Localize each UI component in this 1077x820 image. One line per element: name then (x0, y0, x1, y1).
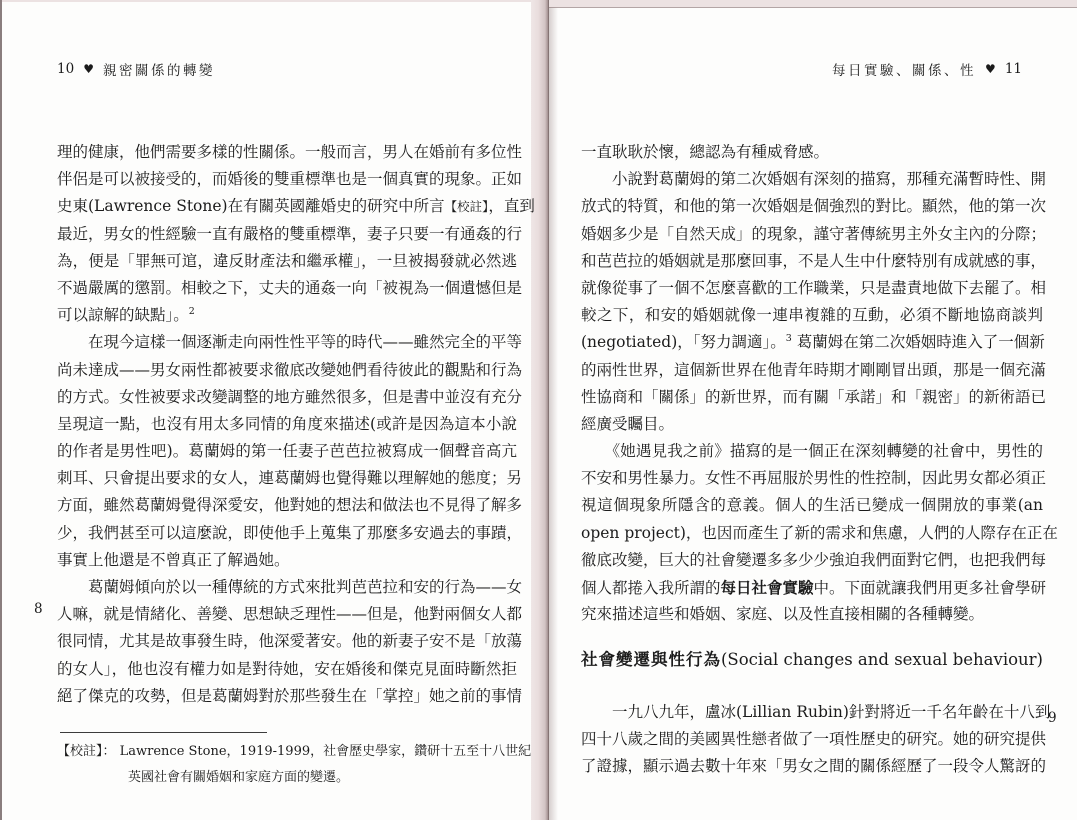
page-gutter (531, 0, 549, 820)
text-line: 小說對葛蘭姆的第二次婚姻有深刻的描寫，那種充滿暫時性、開 (581, 166, 1043, 193)
text-line: 刺耳、只會提出要求的女人，連葛蘭姆也覺得難以理解她的態度；另 (57, 465, 517, 492)
text-line: 事實上他還是不曾真正了解過她。 (57, 547, 517, 574)
text-line: 方面，雖然葛蘭姆覺得深愛安，他對她的想法和做法也不見得了解多 (57, 492, 517, 519)
page-number-right: 11 (1005, 61, 1022, 77)
text-line: 和芭芭拉的婚姻就是那麼回事，不是人生中什麼特別有成就感的事， (581, 248, 1043, 275)
text-line: 的作者是男性吧)。葛蘭姆的第一任妻子芭芭拉被寫成一個聲音高亢 (57, 438, 517, 465)
text-line: 不安和男性暴力。女性不再屈服於男性的性控制，因此男女都必須正 (581, 465, 1043, 492)
chapter-title-right: 每日實驗、關係、性 (832, 59, 976, 79)
section-heading: 社會變遷與性行為(Social changes and sexual behav… (581, 646, 1043, 670)
heart-icon: ♥ (83, 62, 94, 76)
bold-text: 每日社會實驗 (721, 578, 814, 597)
text-line: 視這個現象所隱含的意義。個人的生活已變成一個開放的事業(an (581, 492, 1043, 519)
right-page-body-text-top: 一直耿耿於懷，總認為有種威脅感。 小說對葛蘭姆的第二次婚姻有深刻的描寫，那種充滿… (581, 139, 1043, 628)
footnote-divider (60, 732, 267, 733)
running-header-right: 每日實驗、關係、性 ♥ 11 (832, 59, 1022, 79)
text-line: 伴侶是可以被接受的，而婚後的雙重標準也是一個真實的現象。正如 (57, 166, 517, 193)
text-line: 較之下，和安的婚姻就像一連串複雜的互動，必須不斷地協商談判 (581, 302, 1043, 329)
text-line: 就像從事了一個不怎麼喜歡的工作職業，只是盡責地做下去罷了。相 (581, 275, 1043, 302)
text-line: 理的健康，他們需要多樣的性關係。一般而言，男人在婚前有多位性 (57, 139, 517, 166)
chapter-title-left: 親密關係的轉變 (103, 59, 215, 79)
text-line: open project)，也因而產生了新的需求和焦慮，人們的人際存在正在 (581, 520, 1043, 547)
text-line: 的方式。女性被要求改變調整的地方雖然很多，但是書中並沒有充分 (57, 384, 517, 411)
text-line: 不過嚴厲的懲罰。相較之下，丈夫的通姦一向「被視為一個遺憾但是 (57, 275, 517, 302)
text-line: 經廣受矚目。 (581, 411, 1043, 438)
bold-text: 社會變遷與性行為 (581, 650, 721, 669)
footnote: 【校註】： Lawrence Stone，1919-1999，社會歷史學家，鑽研… (57, 739, 527, 791)
text-line: 尚未達成——男女兩性都被要求徹底改變她們看待彼此的觀點和行為 (57, 357, 517, 384)
text-line: 個人都捲入我所謂的每日社會實驗中。下面就讓我們用更多社會學研 (581, 574, 1043, 601)
right-page-body-text-bottom: 一九八九年，盧冰(Lillian Rubin)針對將近一千名年齡在十八到四十八歲… (581, 699, 1043, 781)
text-line: 的兩性世界，這個新世界在他青年時期才剛剛冒出頭，那是一個充滿 (581, 357, 1043, 384)
inline-note-reference: 【校註】 (445, 199, 489, 214)
text-line: 絕了傑克的攻勢，但是葛蘭姆對於那些發生在「掌控」她之前的事情 (57, 683, 517, 710)
text-line: 四十八歲之間的美國異性戀者做了一項性歷史的研究。她的研究提供 (581, 726, 1043, 753)
page-left-edge (0, 0, 2, 820)
text-line: 究來描述這些和婚姻、家庭、以及性直接相關的各種轉變。 (581, 601, 1043, 628)
text-line: 少，我們甚至可以這麼說，即使他手上蒐集了那麼多安過去的事蹟， (57, 520, 517, 547)
text-line: 呈現這一點，也沒有用太多同情的角度來描述(或許是因為這本小說 (57, 411, 517, 438)
book-spread: 10 ♥ 親密關係的轉變 每日實驗、關係、性 ♥ 11 理的健康，他們需要多樣的… (0, 0, 1077, 820)
text-line: 了證據，顯示過去數十年來「男女之間的關係經歷了一段令人驚訝的 (581, 753, 1043, 780)
text-line: (negotiated)，「努力調適」。3 葛蘭姆在第二次婚姻時進入了一個新 (581, 329, 1043, 356)
text-line: 一九八九年，盧冰(Lillian Rubin)針對將近一千名年齡在十八到 (581, 699, 1043, 726)
text-line: 最近，男女的性經驗一直有嚴格的雙重標準，妻子只要一有通姦的行 (57, 221, 517, 248)
running-header-left: 10 ♥ 親密關係的轉變 (57, 59, 215, 79)
text-line: 一直耿耿於懷，總認為有種威脅感。 (581, 139, 1043, 166)
footnote-reference: 3 (786, 333, 792, 344)
text-line: 可以諒解的缺點」。2 (57, 302, 517, 329)
text-line: 在現今這樣一個逐漸走向兩性性平等的時代——雖然完全的平等 (57, 329, 517, 356)
text-line: 葛蘭姆傾向於以一種傳統的方式來批判芭芭拉和安的行為——女 (57, 574, 517, 601)
text-line: 放式的特質，和他的第一次婚姻是個強烈的對比。顯然，他的第一次 (581, 193, 1043, 220)
heart-icon: ♥ (985, 62, 996, 76)
text-line: 婚姻多少是「自然天成」的現象，謹守著傳統男主外女主內的分際； (581, 221, 1043, 248)
gutter-shadow (549, 7, 558, 820)
page-number-left: 10 (57, 61, 74, 77)
text-line: 為，便是「罪無可逭，違反財產法和繼承權」，一旦被揭發就必然逃 (57, 248, 517, 275)
text-line: 史東(Lawrence Stone)在有關英國離婚史的研究中所言【校註】，直到 (57, 193, 517, 220)
text-line: 人嘛，就是情緒化、善變、思想缺乏理性——但是，他對兩個女人都 (57, 601, 517, 628)
text-line: 【校註】： Lawrence Stone，1919-1999，社會歷史學家，鑽研… (57, 739, 527, 765)
text-line: 《她遇見我之前》描寫的是一個正在深刻轉變的社會中，男性的 (581, 438, 1043, 465)
text-line: 很同情，尤其是故事發生時，他深愛著安。他的新妻子安不是「放蕩 (57, 628, 517, 655)
left-page-body-text: 理的健康，他們需要多樣的性關係。一般而言，男人在婚前有多位性伴侶是可以被接受的，… (57, 139, 517, 710)
text-line: 英國社會有關婚姻和家庭方面的變遷。 (57, 765, 527, 791)
text-line: 性協商和「關係」的新世界，而有關「承諾」和「親密」的新術語已 (581, 384, 1043, 411)
text-line: 的女人」，他也沒有權力如是對待她，安在婚後和傑克見面時斷然拒 (57, 656, 517, 683)
footnote-reference: 2 (189, 306, 195, 317)
margin-number-left: 8 (34, 601, 43, 617)
text-line: 徹底改變，巨大的社會變遷多多少少強迫我們面對它們，也把我們每 (581, 547, 1043, 574)
